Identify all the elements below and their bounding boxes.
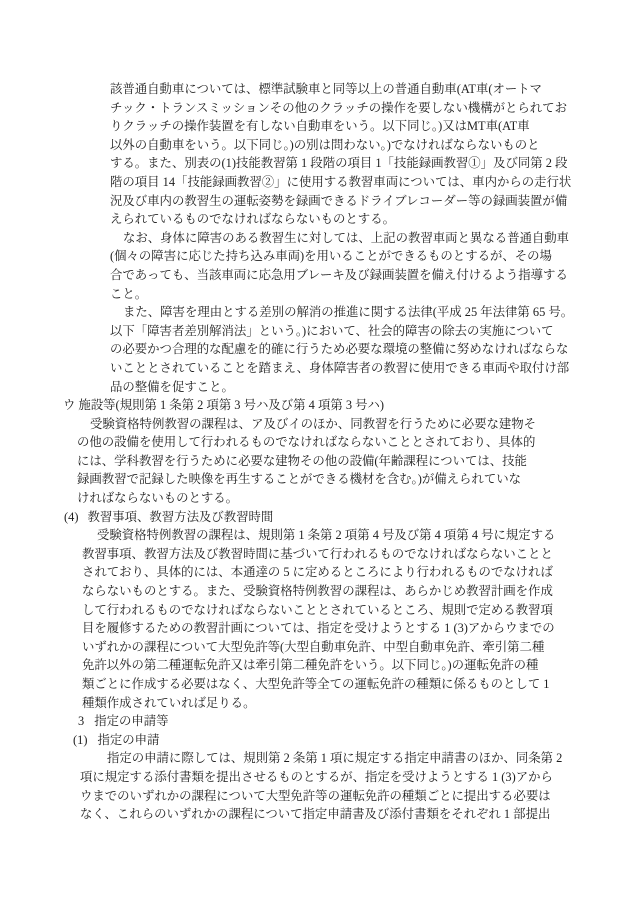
text-line: また、障害を理由とする差別の解消の推進に関する法律(平成 25 年法律第 65 … [110,303,630,322]
text-line: 該普通自動車については、標準試験車と同等以上の普通自動車(AT車(オートマ [110,80,630,99]
text-line: いこととされていることを踏まえ、身体障害者の教習に使用できる車両や取付け部 [110,359,630,378]
text-line: の他の設備を使用して行われるものでなければならないこととされており、具体的 [77,433,630,452]
heading-marker: 3 [78,714,84,728]
text-line: する。また、別表の(1)技能教習第 1 段階の項目 1「技能録画教習①」及び同第… [110,154,630,173]
text-line: いずれかの課程について大型免許等(大型自動車免許、中型自動車免許、牽引第二種 [82,638,630,657]
text-line: ならないものとする。また、受験資格特例教習の課程は、あらかじめ教習計画を作成 [82,582,630,601]
paragraph: 指定の申請に際しては、規則第 2 条第 1 項に規定する指定申請書のほか、同条第… [0,749,630,823]
text-line: して行われるものでなければならないこととされているところ、規則で定める教習項 [82,601,630,620]
paragraph: なお、身体に障害のある教習生に対しては、上記の教習車両と異なる普通自動車(個々の… [0,229,630,303]
text-line: 指定の申請に際しては、規則第 2 条第 1 項に規定する指定申請書のほか、同条第… [80,749,630,768]
heading-line: 3指定の申請等 [0,712,630,731]
text-line: 況及び車内の教習生の運転姿勢を録画できるドライブレコーダー等の録画装置が備 [110,192,630,211]
text-line: ければならないものとする。 [77,489,630,508]
text-line: 以下「障害者差別解消法」という。)において、社会的障害の除去の実施について [110,322,630,341]
heading-text: 指定の申請等 [94,714,168,728]
text-line: 階の項目 14「技能録画教習②」に使用する教習車両については、車内からの走行状 [110,173,630,192]
text-line: (個々の障害に応じた持ち込み車両)を用いることができるものとするが、その場 [110,247,630,266]
text-line: 免許以外の第二種運転免許又は牽引第二種免許をいう。以下同じ。)の運転免許の種 [82,656,630,675]
text-line: なお、身体に障害のある教習生に対しては、上記の教習車両と異なる普通自動車 [110,229,630,248]
heading-marker: ウ [63,398,75,412]
text-line: こと。 [110,285,630,304]
text-line: 以外の自動車をいう。以下同じ。)の別は問わない。)でなければならないものと [110,136,630,155]
text-line: 受験資格特例教習の課程は、規則第 1 条第 2 項第 4 号及び第 4 項第 4… [82,526,630,545]
text-line: えられているものでなければならないものとする。 [110,210,630,229]
text-line: 類ごとに作成する必要はなく、大型免許等全ての運転免許の種類に係るものとして 1 [82,675,630,694]
text-line: の必要かつ合理的な配慮を的確に行うため必要な環境の整備に努めなければならな [110,340,630,359]
text-line: ウまでのいずれかの課程について大型免許等の運転免許の種類ごとに提出する必要は [80,787,630,806]
paragraph: 受験資格特例教習の課程は、規則第 1 条第 2 項第 4 号及び第 4 項第 4… [0,526,630,712]
text-line: には、学科教習を行うために必要な建物その他の設備(年齢課程については、技能 [77,452,630,471]
heading-line: (1)指定の申請 [0,731,630,750]
text-line: りクラッチの操作装置を有しない自動車をいう。以下同じ。)又はMT車(AT車 [110,117,630,136]
paragraph: 該普通自動車については、標準試験車と同等以上の普通自動車(AT車(オートマチック… [0,80,630,229]
heading-text: 指定の申請 [97,733,159,747]
text-line: 録画教習で記録した映像を再生することができる機材を含む。)が備えられていな [77,470,630,489]
heading-marker: (4) [64,510,78,524]
paragraph: 受験資格特例教習の課程は、ア及びイのほか、同教習を行うために必要な建物その他の設… [0,415,630,508]
heading-line: (4)教習事項、教習方法及び教習時間 [0,508,630,527]
document-page: 該普通自動車については、標準試験車と同等以上の普通自動車(AT車(オートマチック… [0,0,630,903]
text-line: 種類作成されていれば足りる。 [82,694,630,713]
text-line: 項に規定する添付書類を提出させるものとするが、指定を受けようとする 1 (3)ア… [80,768,630,787]
heading-text: 教習事項、教習方法及び教習時間 [87,510,273,524]
heading-text: 施設等(規則第 1 条第 2 項第 3 号ハ及び第 4 項第 3 号ハ) [78,398,384,412]
text-line: チック・トランスミッションその他のクラッチの操作を要しない機構がとられてお [110,99,630,118]
paragraph: また、障害を理由とする差別の解消の推進に関する法律(平成 25 年法律第 65 … [0,303,630,396]
text-line: されており、具体的には、本通達の 5 に定めるところにより行われるものでなければ [82,563,630,582]
text-line: 品の整備を促すこと。 [110,378,630,397]
text-line: 受験資格特例教習の課程は、ア及びイのほか、同教習を行うために必要な建物そ [77,415,630,434]
heading-marker: (1) [73,733,87,747]
heading-line: ウ施設等(規則第 1 条第 2 項第 3 号ハ及び第 4 項第 3 号ハ) [0,396,630,415]
text-line: なく、これらのいずれかの課程について指定申請書及び添付書類をそれぞれ 1 部提出 [80,805,630,824]
text-line: 目を履修するための教習計画については、指定を受けようとする 1 (3)アからウま… [82,619,630,638]
text-line: 合であっても、当該車両に応急用ブレーキ及び録画装置を備え付けるよう指導する [110,266,630,285]
text-line: 教習事項、教習方法及び教習時間に基づいて行われるものでなければならないことと [82,545,630,564]
